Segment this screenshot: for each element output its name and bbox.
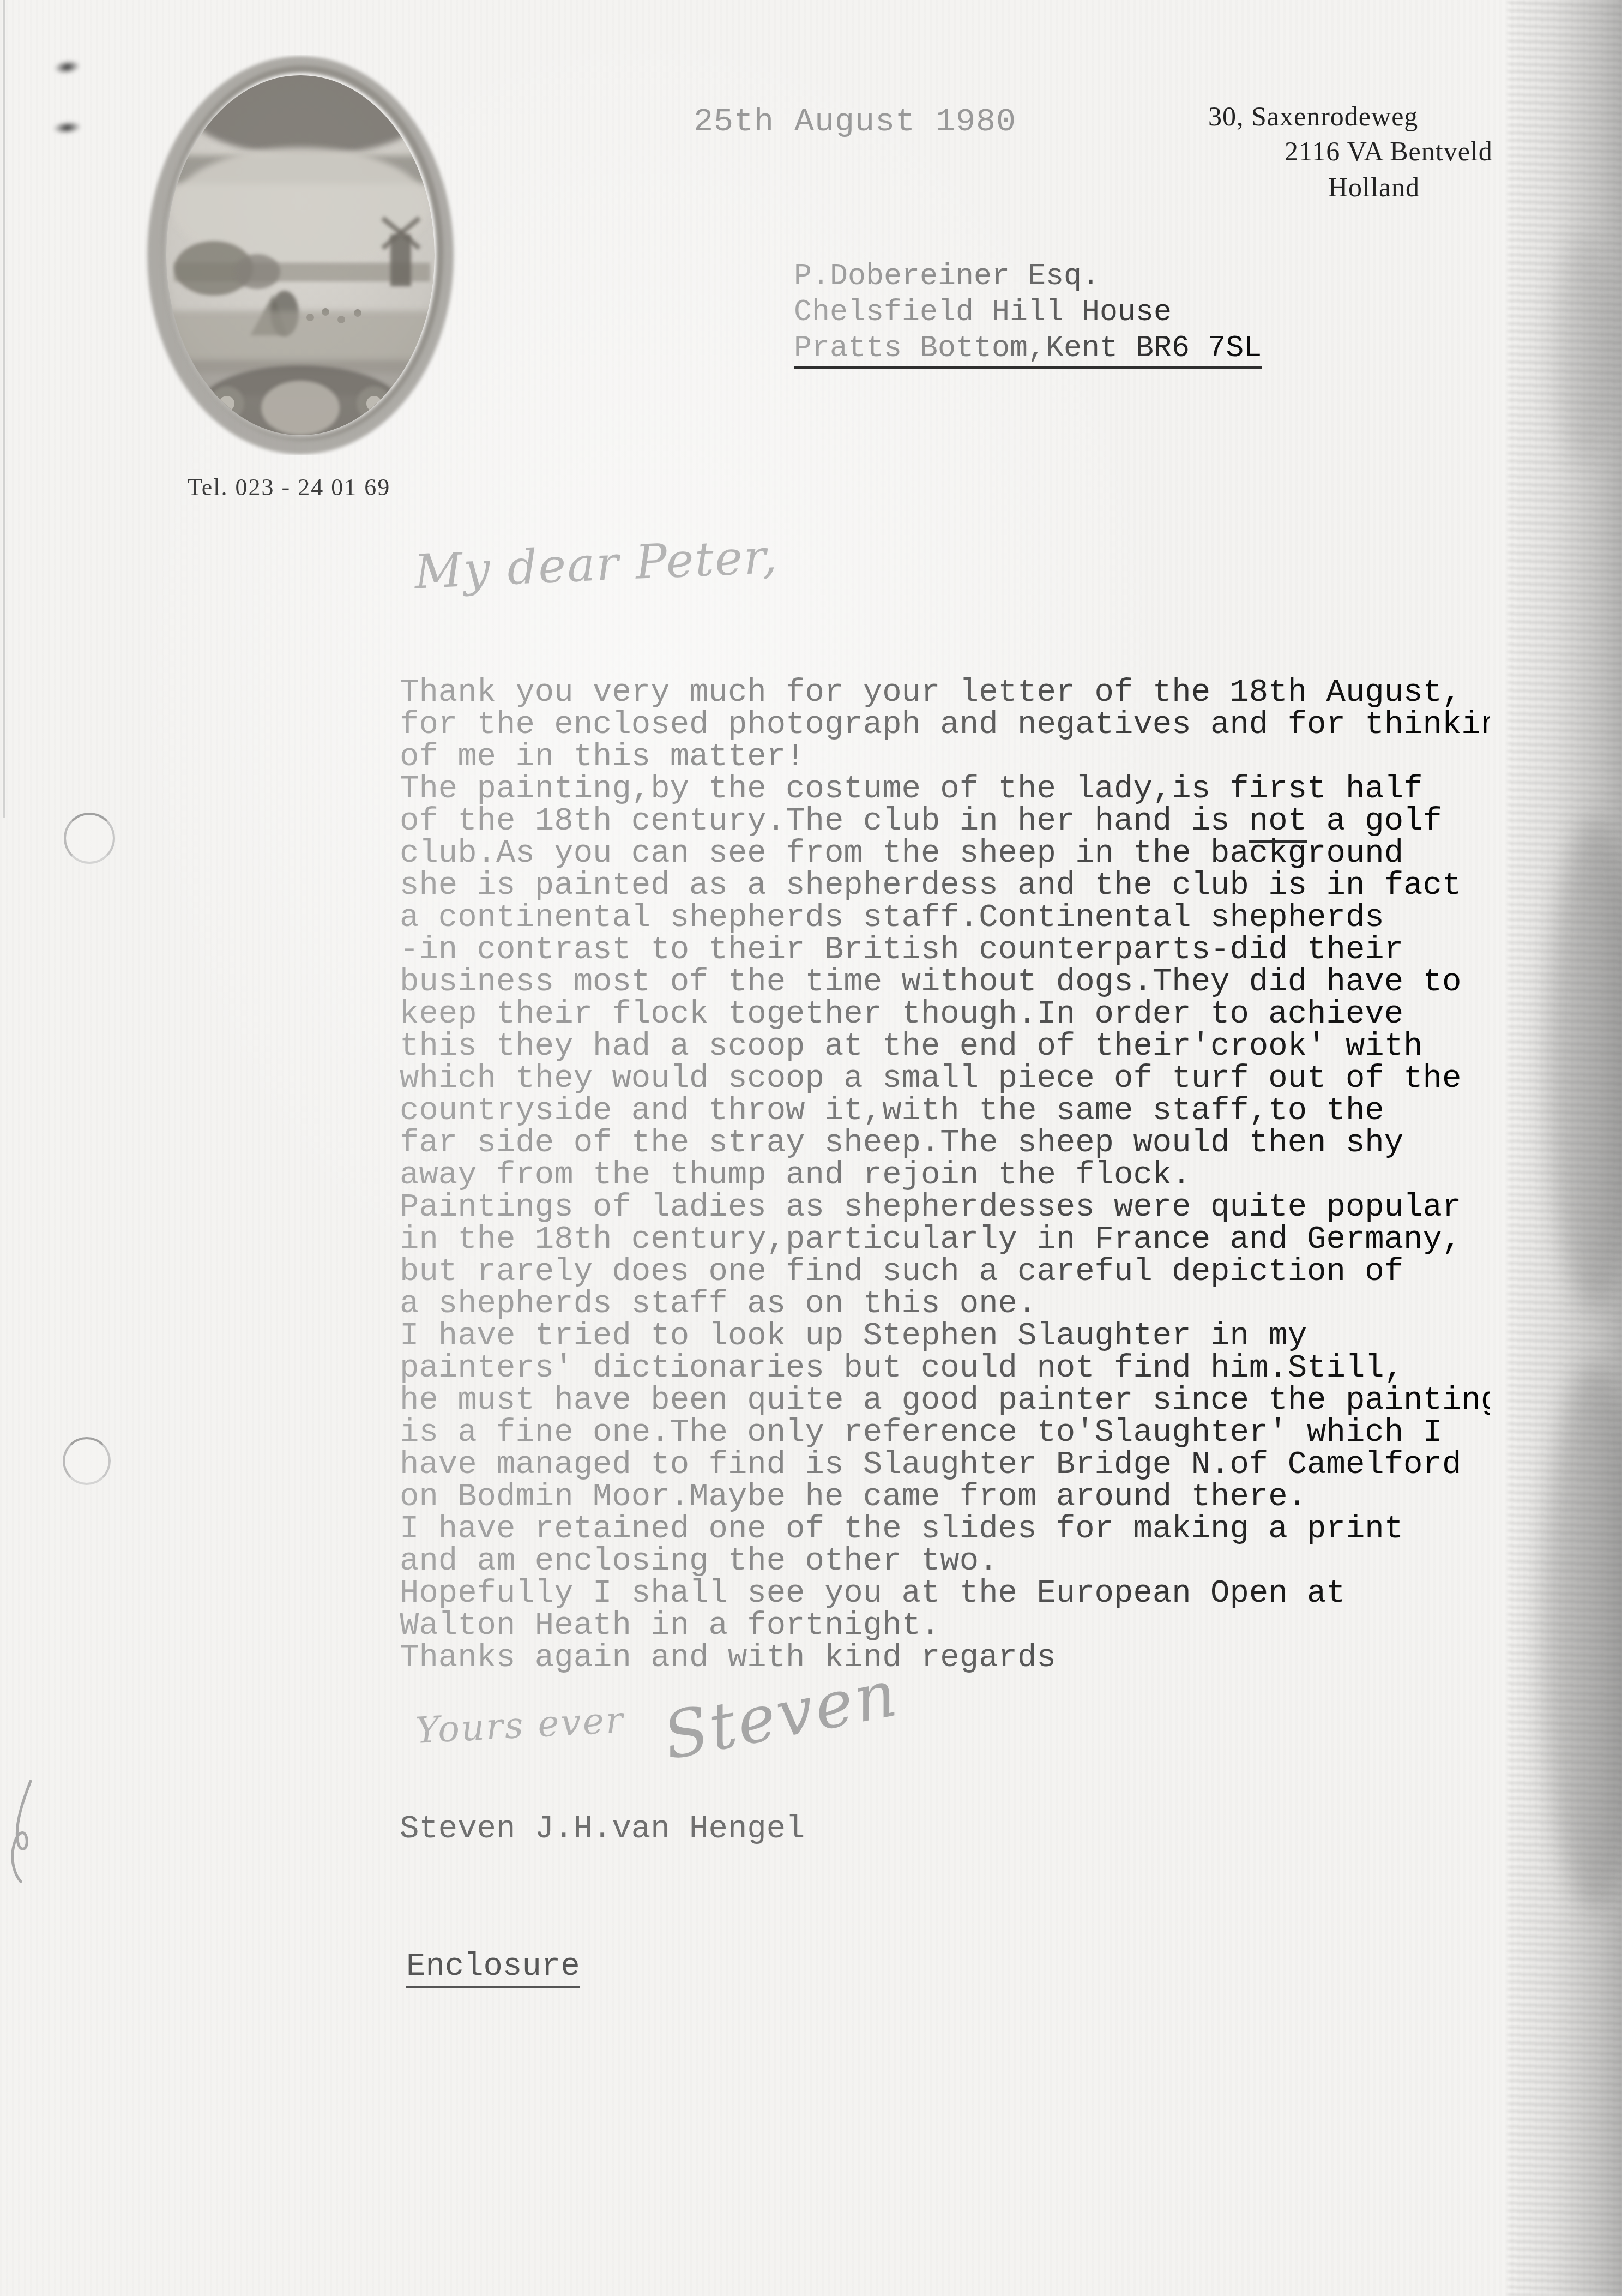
text-line: he must have been quite a good painter s… <box>400 1384 1490 1416</box>
text-line: a continental shepherds staff.Continenta… <box>400 901 1490 934</box>
punch-hole-top <box>64 813 115 864</box>
letter-page: Tel. 023 - 24 01 69 25th August 1980 30,… <box>0 0 1622 2296</box>
valediction-handwritten: Yours ever <box>414 1699 625 1752</box>
paper-edge-line <box>3 0 5 818</box>
text-line: a shepherds staff as on this one. <box>400 1288 1490 1320</box>
sender-address-line: Holland <box>1328 171 1420 203</box>
text-line: Paintings of ladies as shepherdesses wer… <box>400 1191 1490 1223</box>
text-line: for the enclosed photograph and negative… <box>400 708 1490 741</box>
text-line: but rarely does one find such a careful … <box>400 1255 1490 1288</box>
text-line: away from the thump and rejoin the flock… <box>400 1159 1490 1191</box>
text-line: countryside and throw it,with the same s… <box>400 1095 1490 1127</box>
text-line: -in contrast to their British counterpar… <box>400 934 1490 966</box>
typed-signature-name: Steven J.H.van Hengel <box>400 1811 805 1847</box>
text-line: which they would scoop a small piece of … <box>400 1062 1490 1095</box>
text-line: I have retained one of the slides for ma… <box>400 1513 1490 1545</box>
punch-hole-bottom <box>63 1437 111 1485</box>
text-line: Walton Heath in a fortnight. <box>400 1609 1490 1642</box>
text-line: of the 18th century.The club in her hand… <box>400 805 1490 837</box>
text-line: of me in this matter! <box>400 741 1490 773</box>
text-line: and am enclosing the other two. <box>400 1545 1490 1577</box>
sender-address-line: 30, Saxenrodeweg <box>1208 100 1418 132</box>
text-line: in the 18th century,particularly in Fran… <box>400 1223 1490 1255</box>
text-line: P.Dobereiner Esq. <box>794 259 1285 294</box>
text-line: Thanks again and with kind regards <box>400 1642 1490 1674</box>
text-line: this they had a scoop at the end of thei… <box>400 1030 1490 1062</box>
text-line: I have tried to look up Stephen Slaughte… <box>400 1320 1490 1352</box>
enclosure-label: Enclosure <box>406 1948 580 1988</box>
salutation-handwritten: My dear Peter, <box>413 530 779 600</box>
text-line: keep their flock together though.In orde… <box>400 998 1490 1030</box>
text-line: she is painted as a shepherdess and the … <box>400 869 1490 901</box>
text-line: Pratts Bottom,Kent BR6 7SL <box>794 330 1285 366</box>
text-line: The painting,by the costume of the lady,… <box>400 773 1490 805</box>
text-line: business most of the time without dogs.T… <box>400 966 1490 998</box>
text-line: Hopefully I shall see you at the Europea… <box>400 1577 1490 1609</box>
letter-body: Thank you very much for your letter of t… <box>400 676 1490 1674</box>
underlined-line: Pratts Bottom,Kent BR6 7SL <box>794 331 1262 369</box>
scan-blotch <box>1546 818 1622 1309</box>
sender-address-line: 2116 VA Bentveld <box>1285 135 1493 167</box>
text-line: on Bodmin Moor.Maybe he came from around… <box>400 1481 1490 1513</box>
text-line: is a fine one.The only reference to'Slau… <box>400 1416 1490 1448</box>
scan-blotch <box>1551 235 1617 464</box>
letterhead-emblem <box>144 55 457 455</box>
scan-blotch <box>1540 1363 1622 1909</box>
letter-date: 25th August 1980 <box>694 104 1016 141</box>
text-line: have managed to find is Slaughter Bridge… <box>400 1448 1490 1481</box>
enclosure-note: Enclosure <box>406 1948 580 1985</box>
staple-mark-bottom <box>52 120 82 136</box>
pencil-mark <box>4 1778 53 1887</box>
text-line: far side of the stray sheep.The sheep wo… <box>400 1127 1490 1159</box>
text-line: painters' dictionaries but could not fin… <box>400 1352 1490 1384</box>
text-line: Chelsfield Hill House <box>794 294 1285 330</box>
text-line: Thank you very much for your letter of t… <box>400 676 1490 708</box>
letterhead-telephone: Tel. 023 - 24 01 69 <box>188 473 390 501</box>
staple-mark-top <box>52 58 81 76</box>
text-line: club.As you can see from the sheep in th… <box>400 837 1490 869</box>
recipient-address: P.Dobereiner Esq.Chelsfield Hill HousePr… <box>794 259 1285 366</box>
